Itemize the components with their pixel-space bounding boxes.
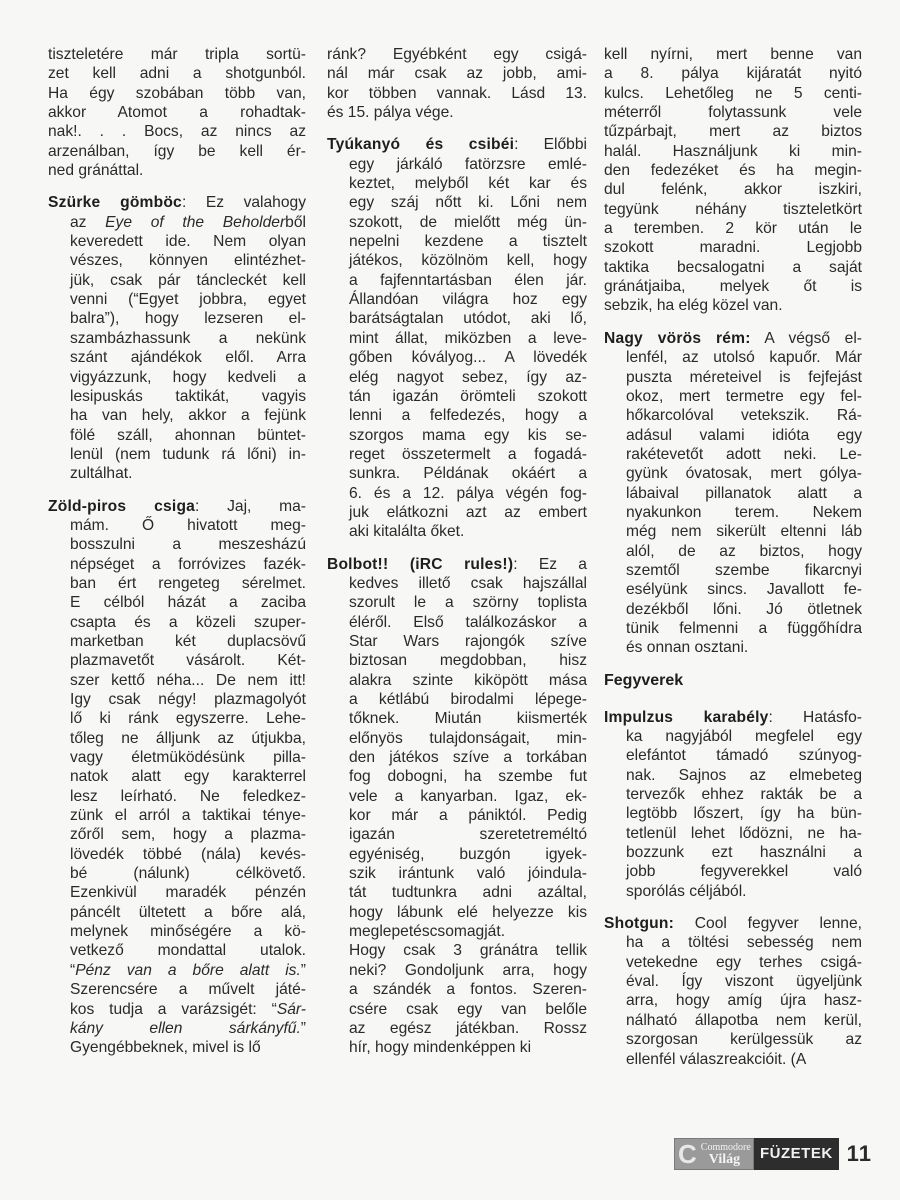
text-line: elég nagyot sebez, így az- xyxy=(327,368,587,387)
text-line: ned gránáttal. xyxy=(48,161,306,180)
text-line: den fedezéket és ha megin- xyxy=(604,161,862,180)
entry-headword: Impulzus karabély xyxy=(604,709,769,726)
text-line: vetekedne egy terhes csigá- xyxy=(604,953,862,972)
text-line: előnyös tulajdonságait, min- xyxy=(327,729,587,748)
text-line: rakétevetőt adott neki. Le- xyxy=(604,445,862,464)
article-entry: Shotgun: Cool fegyver lenne,ha a töltési… xyxy=(604,914,862,1069)
column-1: tiszteletére már tripla sortü-zet kell a… xyxy=(48,45,306,1071)
text-line: népséget a forróvizes fazék- xyxy=(48,555,306,574)
text-line: szokott maradni. Legjobb xyxy=(604,238,862,257)
text-line: lenfél, az utolsó kapuőr. Már xyxy=(604,348,862,367)
text-line: meglepetéscsomagját. xyxy=(327,922,587,941)
text-line: a teremben. 2 kör után le xyxy=(604,219,862,238)
text-line: Igy csak négy! plazmagolyót xyxy=(48,690,306,709)
article-entry: Bolbot!! (iRC rules!): Ez akedves illető… xyxy=(327,555,587,1058)
text-line: neki? Gondoljunk arra, hogy xyxy=(327,961,587,980)
text-line: játékos, közölnöm kell, hogy xyxy=(327,251,587,270)
text-line: szorgosan kerülgessük az xyxy=(604,1030,862,1049)
entry-headword: Bolbot!! (iRC rules!) xyxy=(327,556,513,573)
text-line: kor többen vannak. Lásd 13. xyxy=(327,84,587,103)
text-line: egy járkáló fatörzsre emlé- xyxy=(327,155,587,174)
text-line: egy száj nőtt ki. Lőni nem xyxy=(327,193,587,212)
text-line: keztet, melyből két kar és xyxy=(327,174,587,193)
text-line: csapta és a közeli szuper- xyxy=(48,613,306,632)
text-line: az Eye of the Beholderből xyxy=(48,213,306,232)
text-line: Hogy csak 3 gránátra tellik xyxy=(327,941,587,960)
text-line: kor már a pániktól. Pedig xyxy=(327,806,587,825)
text-line: E célból házát a zaciba xyxy=(48,593,306,612)
text-line: igazán szeretetreméltó xyxy=(327,825,587,844)
text-line: adásul valami idióta egy xyxy=(604,426,862,445)
text-line: a kétlábú birodalmi lépege- xyxy=(327,690,587,709)
text-line: kulcs. Lehetőleg ne 5 centi- xyxy=(604,84,862,103)
text-line: gőben kóvályog... A lövedék xyxy=(327,348,587,367)
entry-first-line: Zöld-piros csiga: Jaj, ma- xyxy=(48,497,306,516)
article-entry: Szürke gömböc: Ez valahogyaz Eye of the … xyxy=(48,193,306,483)
logo-word-vilag: Világ xyxy=(709,1154,751,1166)
text-line: okoz, mert termetre egy fel- xyxy=(604,387,862,406)
entry-text: Cool fegyver lenne, xyxy=(674,915,862,932)
entry-first-line: Nagy vörös rém: A végső el- xyxy=(604,329,862,348)
text-line: Szerencsére a művelt játé- xyxy=(48,980,306,999)
entry-text: A végső el- xyxy=(751,330,862,347)
text-line: akkor Atomot a rohadtak- xyxy=(48,103,306,122)
text-line: sebzik, ha elég közel van. xyxy=(604,296,862,315)
entry-first-line: Impulzus karabély: Hatásfo- xyxy=(604,708,862,727)
text-line: melynek minőségére a kö- xyxy=(48,922,306,941)
text-line: vigyázzunk, hogy kedveli a xyxy=(48,368,306,387)
text-line: kedves illető csak hajszállal xyxy=(327,574,587,593)
text-line: zőről sem, hogy a plazma- xyxy=(48,825,306,844)
text-line: a 8. pálya kijáratát nyitó xyxy=(604,64,862,83)
text-line: jobb fegyverekkel való xyxy=(604,862,862,881)
text-line: natok alatt egy karakterrel xyxy=(48,767,306,786)
column-3: kell nyírni, mert benne vana 8. pálya ki… xyxy=(604,45,862,1082)
article-continuation: kell nyírni, mert benne vana 8. pálya ki… xyxy=(604,45,862,316)
text-line: dul felénk, akkor iszkiri, xyxy=(604,180,862,199)
entry-text: : Ez valahogy xyxy=(182,194,306,211)
text-line: gránátjaiba, melyek őt is xyxy=(604,277,862,296)
text-line: szánt ajándékok elől. Arra xyxy=(48,348,306,367)
text-line: ka nagyjából megfelel egy xyxy=(604,727,862,746)
text-line: lő ki ránk egyszerre. Lehe- xyxy=(48,709,306,728)
text-line: csére csak egy van belőle xyxy=(327,1000,587,1019)
entry-first-line: Bolbot!! (iRC rules!): Ez a xyxy=(327,555,587,574)
entry-first-line: Tyúkanyó és csibéi: Előbbi xyxy=(327,135,587,154)
text-line: szemtől szembe fikarcnyi xyxy=(604,561,862,580)
article-continuation: ránk? Egyébként egy csigá-nál már csak a… xyxy=(327,45,587,122)
text-line: alakra szinte kiköpött mása xyxy=(327,671,587,690)
text-line: sunkra. Példának okáért a xyxy=(327,464,587,483)
entry-first-line: Szürke gömböc: Ez valahogy xyxy=(48,193,306,212)
text-line: éléről. Első találkozáskor a xyxy=(327,613,587,632)
text-line: és 15. pálya vége. xyxy=(327,103,587,122)
text-line: 6. és a 12. pálya végén fog- xyxy=(327,484,587,503)
entry-headword: Nagy vörös rém: xyxy=(604,330,751,347)
text-line: arzenálban, így be kell ér- xyxy=(48,142,306,161)
entry-first-line: Shotgun: Cool fegyver lenne, xyxy=(604,914,862,933)
text-line: nak!. . . Bocs, az nincs az xyxy=(48,122,306,141)
text-line: puszta méreteivel is fejfejást xyxy=(604,368,862,387)
text-line: zet kell adni a shotgunból. xyxy=(48,64,306,83)
text-line: szer kettő néha... De nem itt! xyxy=(48,671,306,690)
page-footer: C Commodore Világ FÜZETEK 11 xyxy=(674,1138,872,1170)
article-entry: Tyúkanyó és csibéi: Előbbiegy járkáló fa… xyxy=(327,135,587,541)
text-line: szorult le a szörny toplista xyxy=(327,593,587,612)
text-line: jük, csak pár táncleckét kell xyxy=(48,271,306,290)
text-line: gyünk óvatosak, mert gólya- xyxy=(604,464,862,483)
text-line: hogy lábunk elé helyezze kis xyxy=(327,903,587,922)
commodore-logo-icon: C xyxy=(678,1140,697,1168)
text-line: marketban két duplacsövű xyxy=(48,632,306,651)
text-line: balra”), hogy lezseren el- xyxy=(48,309,306,328)
text-line: lenni a felfedezés, hogy a xyxy=(327,406,587,425)
text-line: kány ellen sárkányfű.” xyxy=(48,1019,306,1038)
text-line: tőknek. Miután kiismerték xyxy=(327,709,587,728)
text-line: az egész játékban. Rossz xyxy=(327,1019,587,1038)
text-line: hír, hogy mindenképpen ki xyxy=(327,1038,587,1057)
text-line: zünk el arról a taktikai ténye- xyxy=(48,806,306,825)
italic-quote: Eye of the Beholder xyxy=(105,214,285,231)
text-line: vetkező mondattal utalok. xyxy=(48,941,306,960)
text-line: tetlenül lehet lődözni, ne ha- xyxy=(604,824,862,843)
text-line: ha a töltési sebesség nem xyxy=(604,933,862,952)
text-line: egyéniség, buzgón igyek- xyxy=(327,845,587,864)
text-line: szambázhassunk a nekünk xyxy=(48,329,306,348)
italic-quote: Pénz van a bőre alatt is. xyxy=(75,962,301,979)
article-continuation: tiszteletére már tripla sortü-zet kell a… xyxy=(48,45,306,180)
text-line: elefántot támadó szúnyog- xyxy=(604,746,862,765)
logo-wordmark: Commodore Világ xyxy=(701,1142,751,1166)
text-line: Ezenkivül maradék pénzén xyxy=(48,883,306,902)
magazine-logo: C Commodore Világ xyxy=(674,1138,754,1170)
text-line: nyakunkon terem. Nekem xyxy=(604,503,862,522)
text-line: dezékből lőni. Jó ötletnek xyxy=(604,600,862,619)
text-line: reget összetermelt a fogadá- xyxy=(327,445,587,464)
text-line: nál már csak az jobb, ami- xyxy=(327,64,587,83)
text-line: “Pénz van a bőre alatt is.” xyxy=(48,961,306,980)
text-line: arra, hogy amíg újra hasz- xyxy=(604,991,862,1010)
text-line: halál. Használjunk ki min- xyxy=(604,142,862,161)
entry-text: : Jaj, ma- xyxy=(195,498,306,515)
text-line: Állandóan világra hoz egy xyxy=(327,290,587,309)
text-line: venni (“Egyet jobbra, egyet xyxy=(48,290,306,309)
text-line: kell nyírni, mert benne van xyxy=(604,45,862,64)
column-2: ránk? Egyébként egy csigá-nál már csak a… xyxy=(327,45,587,1071)
text-line: hőkarcolóval vetekszik. Rá- xyxy=(604,406,862,425)
text-line: vagy életmüködésünk pilla- xyxy=(48,748,306,767)
text-line: kos tudja a varázsigét: “Sár- xyxy=(48,1000,306,1019)
text-line: biztosan megdobban, hisz xyxy=(327,651,587,670)
text-line: méterről folytassunk vele xyxy=(604,103,862,122)
text-line: vészes, könnyen elintézhet- xyxy=(48,251,306,270)
text-line: nálható állapotba nem kerül, xyxy=(604,1011,862,1030)
text-line: bé (nálunk) célkövető. xyxy=(48,864,306,883)
text-line: fog dobogni, ha szembe fut xyxy=(327,767,587,786)
text-line: keveredett ide. Nem olyan xyxy=(48,232,306,251)
text-line: tűzpárbajt, mert az biztos xyxy=(604,122,862,141)
text-line: juk elátkozni azt az embert xyxy=(327,503,587,522)
text-line: tán igazán örömteli szokott xyxy=(327,387,587,406)
entry-text: : Hatásfo- xyxy=(769,709,863,726)
text-line: vele a kanyarban. Igaz, ek- xyxy=(327,787,587,806)
italic-quote: kány ellen sárkányfű. xyxy=(70,1020,301,1037)
text-line: lövedék többé (nála) kevés- xyxy=(48,845,306,864)
text-line: mám. Ő hivatott meg- xyxy=(48,516,306,535)
text-line: ránk? Egyébként egy csigá- xyxy=(327,45,587,64)
text-line: bosszulni a meszesházú xyxy=(48,535,306,554)
text-line: barátságtalan utódot, aki lő, xyxy=(327,309,587,328)
article-entry: Nagy vörös rém: A végső el-lenfél, az ut… xyxy=(604,329,862,658)
text-line: zultálhat. xyxy=(48,464,306,483)
text-line: lesz leírható. Ne feledkez- xyxy=(48,787,306,806)
article-entry: Impulzus karabély: Hatásfo-ka nagyjából … xyxy=(604,708,862,901)
italic-quote: Sár- xyxy=(277,1001,306,1018)
entry-text: : Ez a xyxy=(513,556,587,573)
article-entry: Zöld-piros csiga: Jaj, ma-mám. Ő hivatot… xyxy=(48,497,306,1058)
text-line: tünik felmenni a függőhídra xyxy=(604,619,862,638)
text-line: még nem sikerült eltenni láb xyxy=(604,522,862,541)
text-line: legtöbb lőszert, így ha bün- xyxy=(604,804,862,823)
text-line: esélyünk sincs. Javallott fe- xyxy=(604,580,862,599)
text-line: szokott, de mielőtt még ün- xyxy=(327,213,587,232)
text-line: tervezők ehhez rakták be a xyxy=(604,785,862,804)
page-number: 11 xyxy=(847,1141,872,1167)
text-line: ban ért rengeteg sérelmet. xyxy=(48,574,306,593)
entry-headword: Szürke gömböc xyxy=(48,194,182,211)
text-line: tegyünk néhány tiszteletkört xyxy=(604,200,862,219)
section-heading-weapons: Fegyverek xyxy=(604,671,862,690)
text-line: nak. Sajnos az elmebeteg xyxy=(604,766,862,785)
entry-headword: Zöld-piros csiga xyxy=(48,498,195,515)
text-line: lenül (nem tudunk rá lőni) in- xyxy=(48,445,306,464)
text-line: éval. Így viszont ügyeljünk xyxy=(604,972,862,991)
text-line: lesipuskás taktikát, vagyis xyxy=(48,387,306,406)
text-line: nepelni kezdene a tisztelt xyxy=(327,232,587,251)
text-line: Gyengébbeknek, mivel is lő xyxy=(48,1038,306,1057)
logo-series-label: FÜZETEK xyxy=(754,1138,839,1170)
text-line: den játékos szíve a torkában xyxy=(327,748,587,767)
text-line: sporólás céljából. xyxy=(604,882,862,901)
text-line: a szándék a fontos. Szeren- xyxy=(327,980,587,999)
text-line: alól, de az biztos, hogy xyxy=(604,542,862,561)
text-line: ha van hely, akkor a fejünk xyxy=(48,406,306,425)
text-line: tőleg ne álljunk az útjukba, xyxy=(48,729,306,748)
text-line: tát tudtunkra adni azáltal, xyxy=(327,883,587,902)
entry-headword: Tyúkanyó és csibéi xyxy=(327,136,514,153)
text-line: mint állat, miközben a leve- xyxy=(327,329,587,348)
entry-headword: Shotgun: xyxy=(604,915,674,932)
text-line: taktika becsalogatni a saját xyxy=(604,258,862,277)
text-line: plazmavetőt vásárolt. Két- xyxy=(48,651,306,670)
text-line: bozzunk ezt használni a xyxy=(604,843,862,862)
text-line: Star Wars rajongók szíve xyxy=(327,632,587,651)
text-line: páncélt ültetett a bőre alá, xyxy=(48,903,306,922)
text-line: lábaival pillanatok alatt a xyxy=(604,484,862,503)
text-line: és onnan osztani. xyxy=(604,638,862,657)
text-line: aki kitalálta őket. xyxy=(327,522,587,541)
text-line: a fajfenntartásban élen jár. xyxy=(327,271,587,290)
entry-text: : Előbbi xyxy=(514,136,587,153)
text-line: szorgos mama egy kis se- xyxy=(327,426,587,445)
text-line: fölé száll, ahonnan büntet- xyxy=(48,426,306,445)
text-line: ellenfél válaszreakcióit. (A xyxy=(604,1050,862,1069)
text-line: tiszteletére már tripla sortü- xyxy=(48,45,306,64)
text-line: szik irántunk való jóindula- xyxy=(327,864,587,883)
text-line: Ha égy szobában több van, xyxy=(48,84,306,103)
